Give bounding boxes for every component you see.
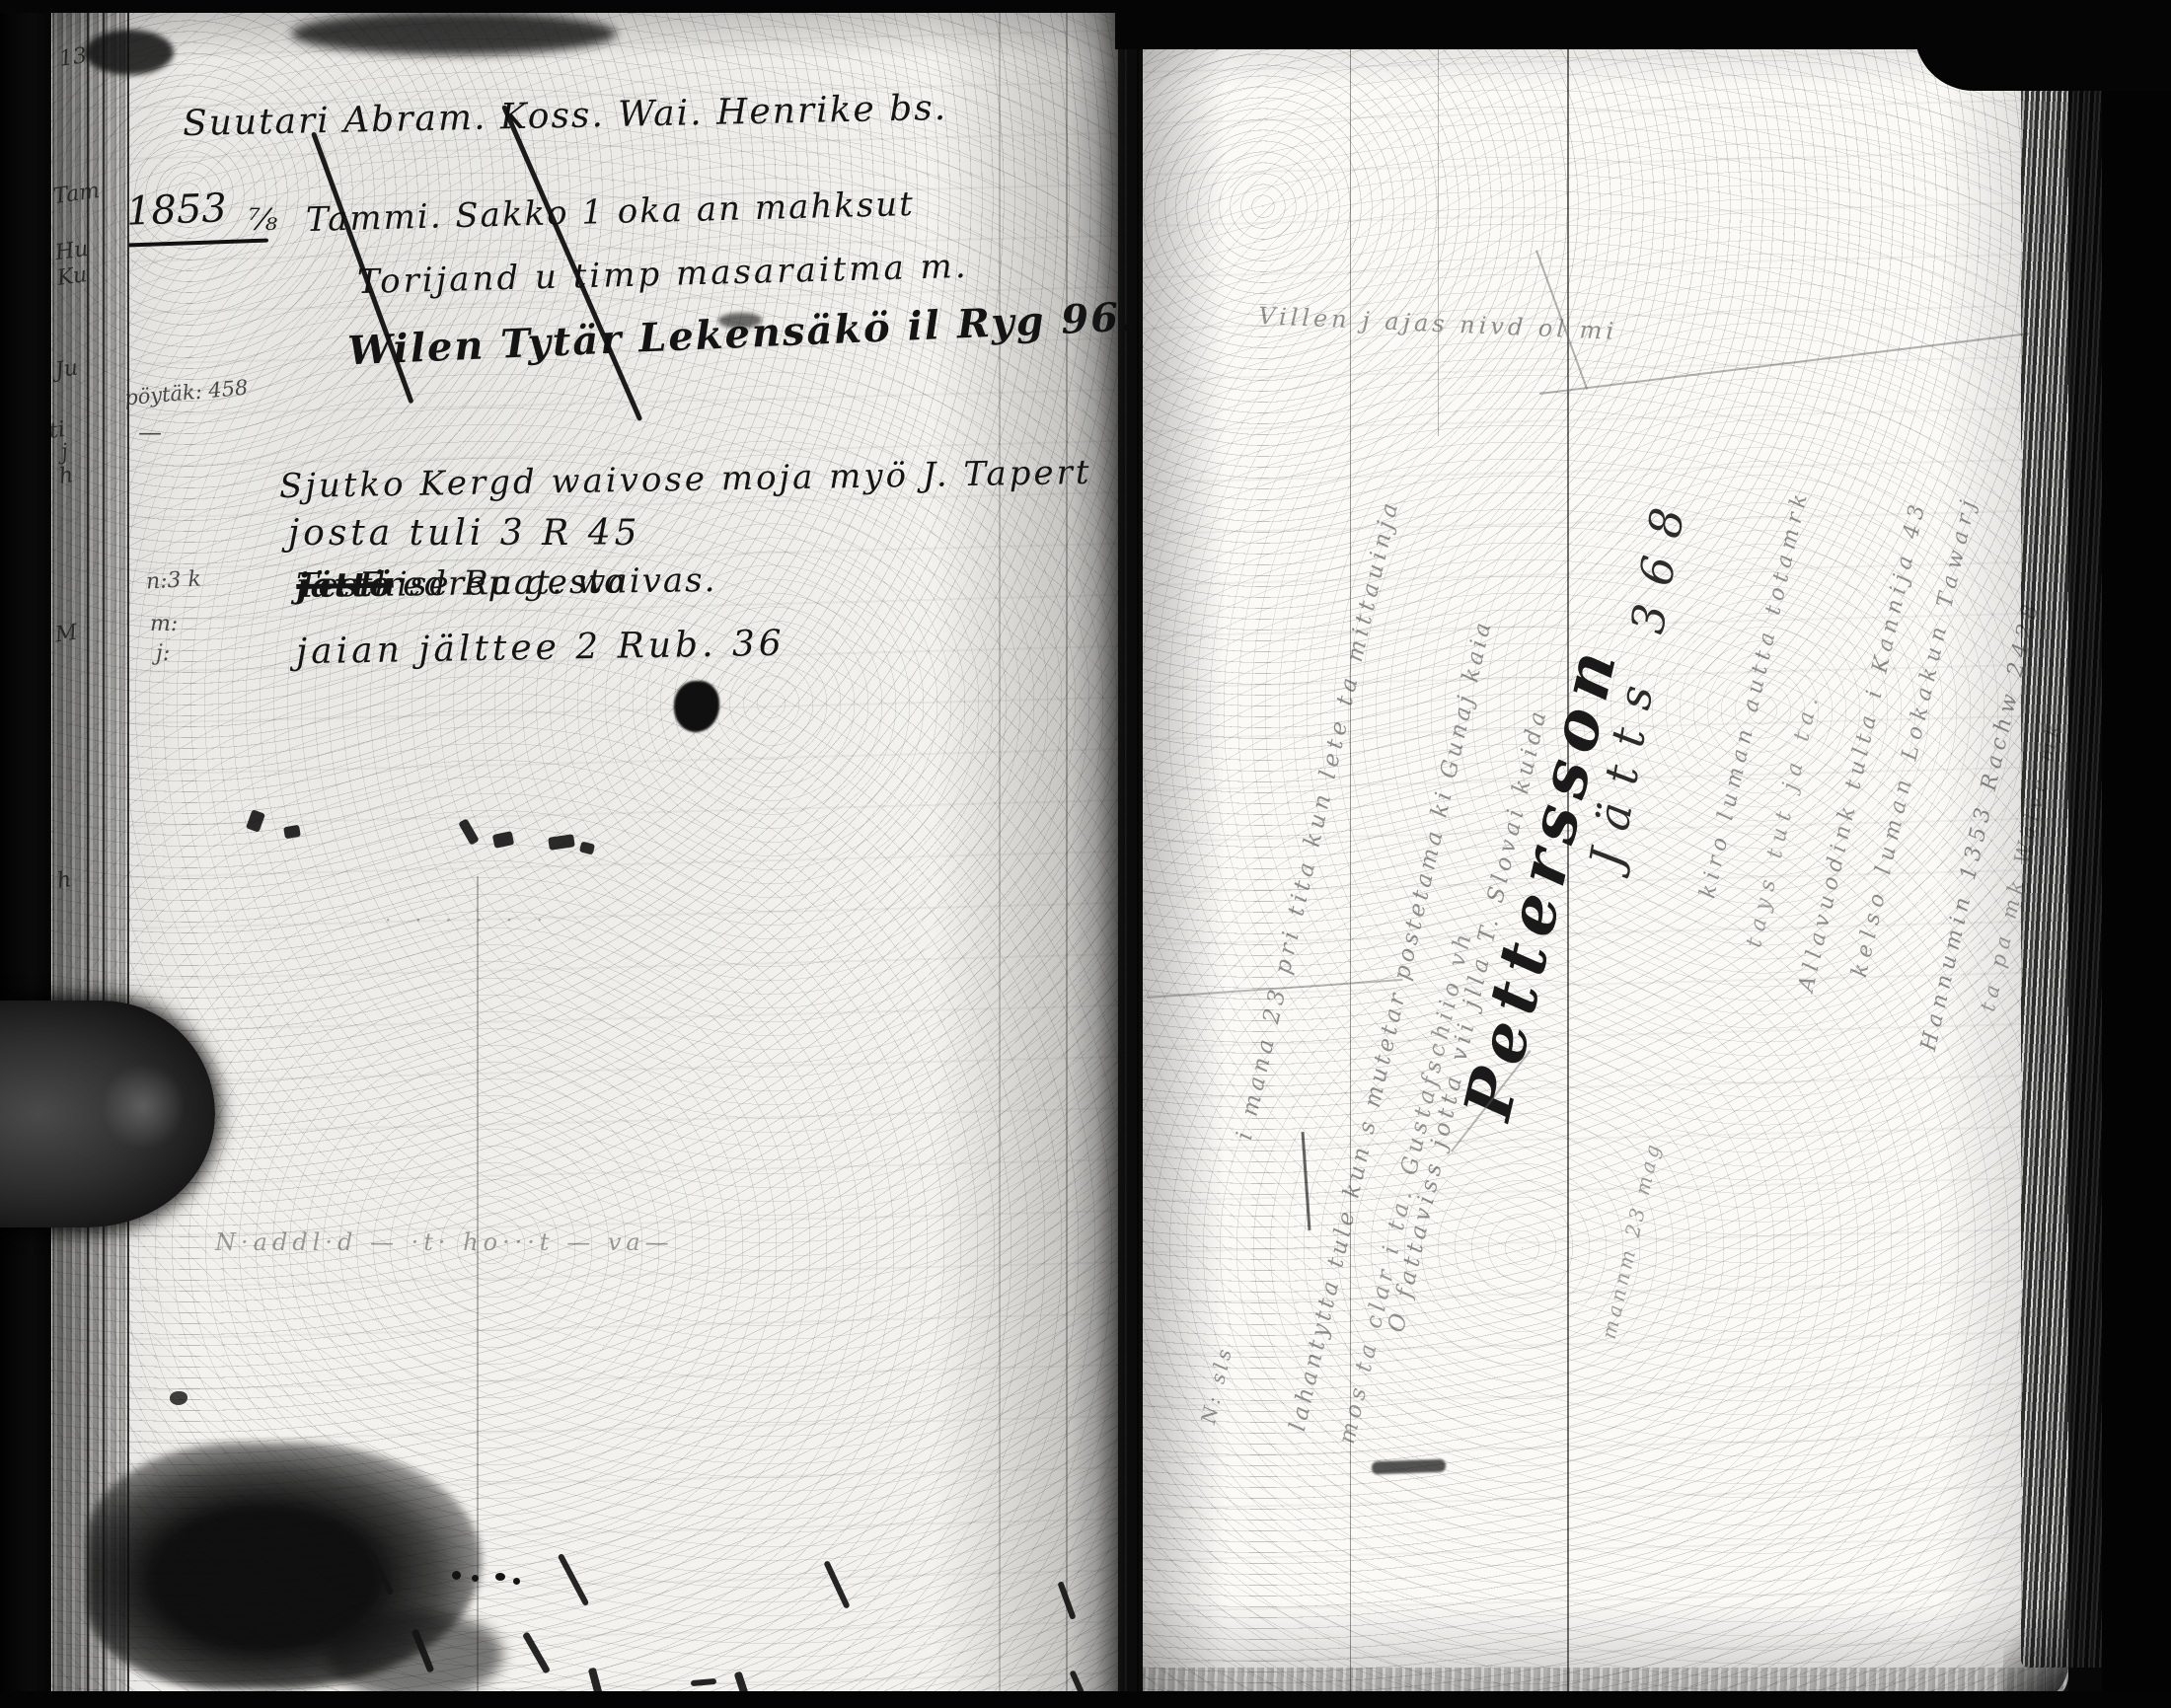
ink-blot — [674, 681, 719, 732]
rotated-note: mannm 23 mag — [1597, 1139, 1666, 1342]
entry-line-part: Fredrep gesto — [359, 561, 627, 605]
photo-border-corner — [1914, 0, 2171, 91]
entry-line: jaian jälttee 2 Rub. 36 — [296, 624, 786, 673]
struck-line: Wilen Tytär Lekensäkö il Ryg 96. — [346, 294, 1137, 375]
margin-note: pöytäk: 458 — [123, 376, 249, 410]
margin-rule — [87, 8, 89, 1705]
gutter-fold-line — [1137, 0, 1139, 1708]
entry-line: josta tuli 3 R 45 — [288, 513, 641, 554]
struck-line: Torijand u timp masaraitma m. — [357, 247, 969, 302]
ink-mark — [579, 841, 595, 854]
photo-border-left — [0, 0, 51, 1708]
column-rule — [1438, 22, 1439, 436]
ink-mark — [246, 809, 265, 833]
thumb-highlight — [104, 1060, 183, 1153]
ink-mark — [283, 825, 301, 840]
margin-rule — [119, 8, 120, 1705]
ink-mark — [548, 834, 575, 850]
margin-note: j: — [156, 641, 170, 666]
struck-line: Tammi. Sakko 1 oka an mahksut — [306, 185, 916, 240]
entry-line: Sjutko Kergd waivose moja myö J. Tapert — [279, 453, 1092, 506]
rotated-note: kiro luman autta totamrk — [1695, 486, 1814, 901]
margin-note: — — [138, 418, 162, 446]
stub-fragment: Hu — [53, 237, 90, 265]
top-edge-smudge — [291, 12, 617, 55]
stub-fragment: Ku — [55, 262, 88, 291]
stub-fragment: M — [53, 621, 79, 648]
ink-dot — [513, 1578, 520, 1585]
rotated-underline-stroke — [1302, 1132, 1311, 1230]
scanned-ledger-spread: 13 Tam Hu Ku Ju ti j h M h Suutari Abram… — [0, 0, 2171, 1708]
ink-slash — [691, 1678, 716, 1686]
entry-date-fraction: ⅞ — [249, 203, 277, 238]
margin-note: m: — [150, 612, 178, 636]
stain-spot — [170, 1391, 187, 1405]
column-rule — [1350, 22, 1351, 1701]
page-crease — [1066, 8, 1068, 1705]
ink-dot — [472, 1575, 479, 1582]
entry-heading: Suutari Abram. Koss. Wai. Henrike bs. — [183, 88, 948, 144]
ink-slash — [522, 1631, 551, 1673]
ink-dot — [452, 1571, 461, 1580]
corner-ink-smudge — [85, 30, 174, 75]
entry-date-year: 1853 — [125, 186, 227, 235]
gutter-fold-line — [1118, 0, 1125, 1708]
ink-mark — [492, 831, 514, 849]
faded-line: N·addl·d — ·t· ho···t — va— — [215, 1228, 674, 1256]
photo-border-bottom — [0, 1691, 2171, 1708]
ink-slash — [558, 1553, 590, 1606]
ink-dot — [495, 1573, 505, 1581]
stub-fragment: 13 — [57, 43, 88, 72]
right-page: Villen j ajas nivd ol mi i mana 23 pri t… — [1143, 20, 2068, 1701]
margin-rule — [103, 8, 105, 1705]
stain-tail — [326, 1610, 503, 1699]
photo-border-right — [2102, 0, 2171, 1708]
ink-slash — [823, 1560, 850, 1609]
faded-dots: · · · · · · — [385, 908, 552, 931]
ink-mark — [458, 818, 480, 846]
page-crease — [999, 8, 1001, 1705]
date-underline — [128, 239, 268, 248]
margin-note: n:3 k — [145, 567, 201, 595]
left-page: 13 Tam Hu Ku Ju ti j h M h Suutari Abram… — [49, 6, 1127, 1705]
rotated-note: N: sls — [1196, 1343, 1237, 1426]
stub-fragment: Ju — [53, 356, 79, 384]
ink-smudge — [1372, 1459, 1446, 1475]
